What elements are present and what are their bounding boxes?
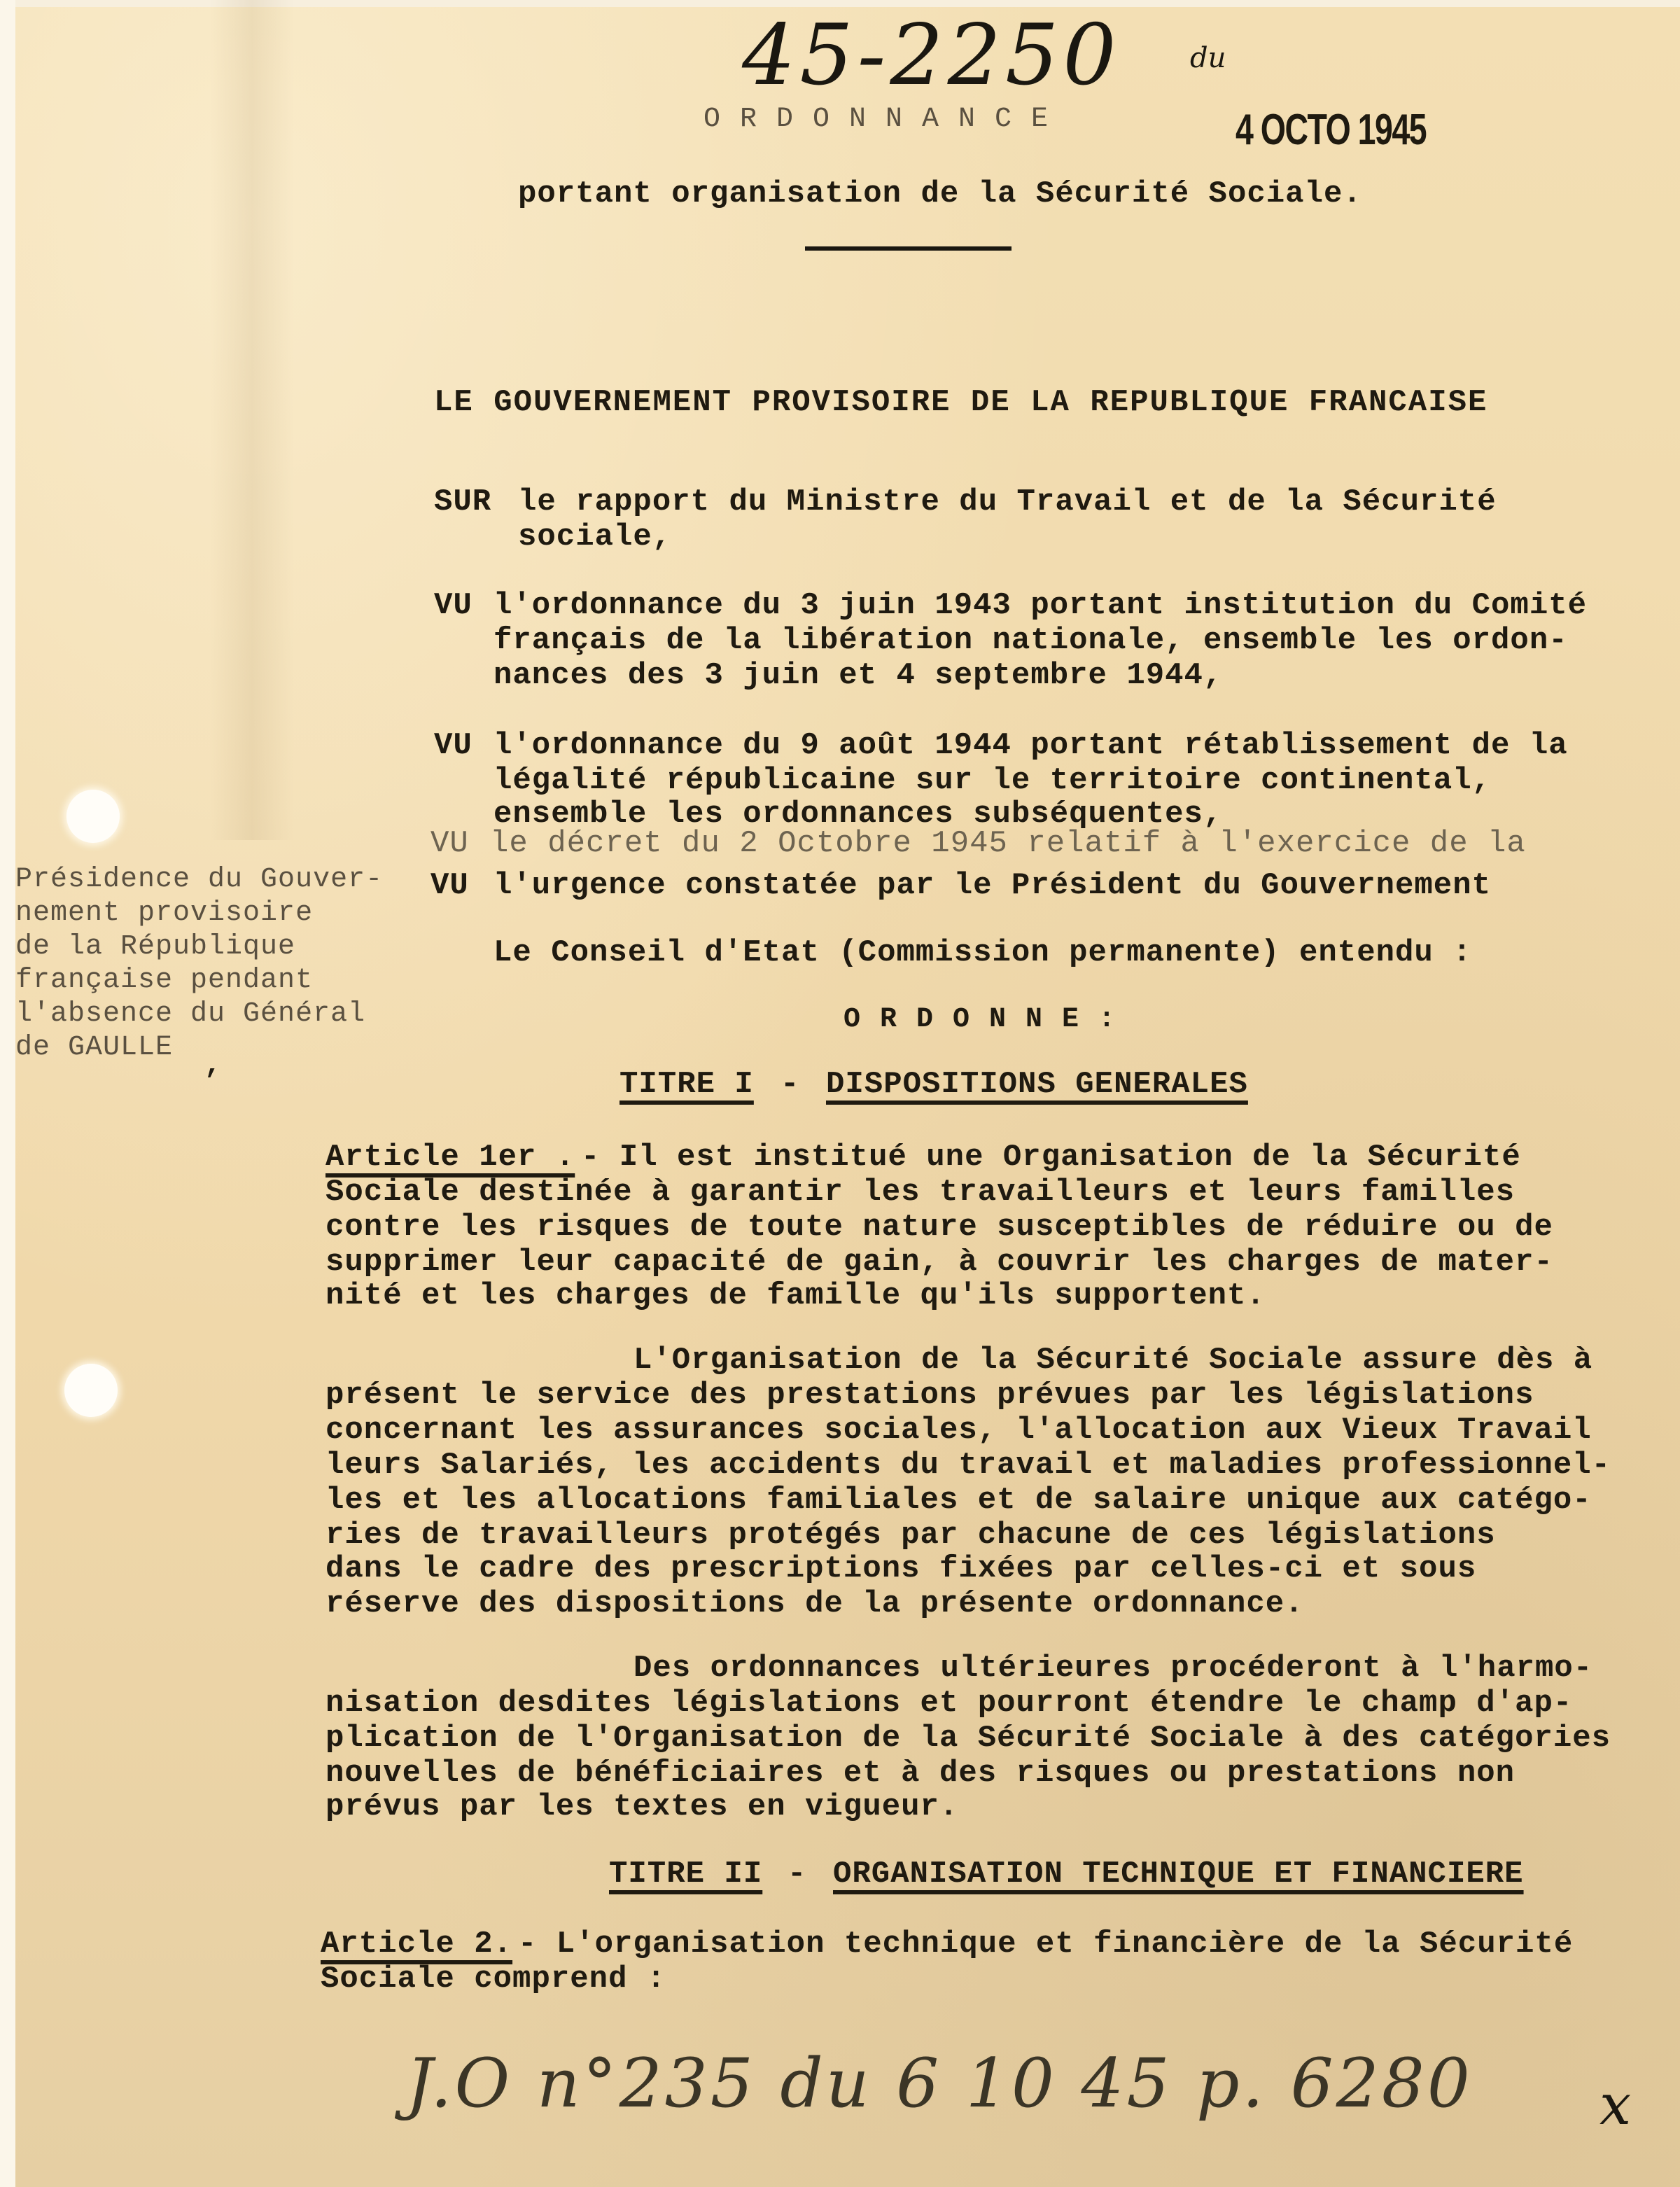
article-line: - Il est institué une Organisation de la… [581, 1140, 1521, 1175]
article-line: leurs Salariés, les accidents du travail… [325, 1448, 1611, 1483]
clause-line: le décret du 2 Octobre 1945 relatif à l'… [490, 826, 1526, 861]
clause-line: nances des 3 juin et 4 septembre 1944, [493, 658, 1222, 693]
article-line: prévus par les textes en vigueur. [325, 1789, 958, 1824]
article-label: Article 1er . [325, 1140, 575, 1175]
article-line: Sociale comprend : [321, 1962, 666, 1997]
titre-heading-text: DISPOSITIONS GENERALES [826, 1067, 1248, 1102]
header-divider [805, 246, 1011, 251]
date-stamp: 4 OCTO 1945 [1235, 105, 1426, 155]
article-line: Des ordonnances ultérieures procéderont … [633, 1651, 1592, 1686]
article-line: contre les risques de toute nature susce… [325, 1210, 1553, 1245]
clause-line: l'ordonnance du 9 août 1944 portant réta… [493, 728, 1568, 763]
punch-hole-lower [64, 1364, 118, 1417]
titre-label: TITRE I [619, 1067, 754, 1102]
article-line: ries de travailleurs protégés par chacun… [325, 1518, 1496, 1553]
clause-lead: SUR [434, 484, 491, 519]
punch-hole-upper [66, 790, 120, 843]
clause-line: le rapport du Ministre du Travail et de … [518, 484, 1497, 519]
titre-label: TITRE II [609, 1857, 762, 1892]
clause-line: français de la libération nationale, ens… [493, 623, 1568, 658]
clause-line: l'urgence constatée par le Président du … [493, 868, 1491, 903]
article-line: nisation desdites législations et pourro… [325, 1686, 1572, 1721]
margin-note-line: de la République [15, 931, 295, 963]
doc-subtitle: portant organisation de la Sécurité Soci… [518, 176, 1362, 211]
council-line: Le Conseil d'Etat (Commission permanente… [493, 935, 1472, 970]
article-line: plication de l'Organisation de la Sécuri… [325, 1721, 1611, 1756]
article-line: les et les allocations familiales et de … [325, 1483, 1592, 1518]
margin-note-line: Présidence du Gouver- [15, 864, 383, 895]
handwritten-number: 45-2250 [742, 7, 1121, 104]
article-line: supprimer leur capacité de gain, à couvr… [325, 1245, 1553, 1280]
handwritten-journal-reference: J.O n°235 du 6 10 45 p. 6280 [406, 2044, 1473, 2123]
titre-heading-text: ORGANISATION TECHNIQUE ET FINANCIERE [833, 1857, 1524, 1892]
handwritten-x-mark: x [1599, 2072, 1631, 2137]
authority-line: LE GOUVERNEMENT PROVISOIRE DE LA REPUBLI… [434, 385, 1487, 420]
article-line: nouvelles de bénéficiaires et à des risq… [325, 1756, 1515, 1791]
article-line: nité et les charges de famille qu'ils su… [325, 1278, 1266, 1313]
titre-separator: - [787, 1857, 806, 1892]
clause-lead: VU [430, 826, 469, 861]
ordonne-heading: ORDONNE: [843, 1004, 1135, 1035]
article-line: concernant les assurances sociales, l'al… [325, 1413, 1592, 1448]
clause-line: sociale, [518, 519, 671, 554]
paper-fold-stain [210, 0, 294, 840]
titre-separator: - [780, 1067, 799, 1102]
article-line: dans le cadre des prescriptions fixées p… [325, 1551, 1476, 1586]
article-line: présent le service des prestations prévu… [325, 1378, 1534, 1413]
paper-left-edge [0, 0, 15, 2187]
margin-note-line: nement provisoire [15, 897, 313, 929]
article-line: Sociale destinée à garantir les travaill… [325, 1175, 1515, 1210]
doc-type-heading: ORDONNANCE [703, 104, 1067, 135]
margin-note-comma: , [204, 1050, 222, 1082]
clause-line: légalité républicaine sur le territoire … [493, 763, 1491, 798]
article-line: - L'organisation technique et financière… [518, 1927, 1573, 1962]
article-line: L'Organisation de la Sécurité Sociale as… [633, 1343, 1592, 1378]
article-line: réserve des dispositions de la présente … [325, 1586, 1304, 1621]
clause-lead: VU [434, 588, 472, 623]
article-label: Article 2. [321, 1927, 512, 1962]
margin-note-line: de GAULLE [15, 1032, 173, 1063]
clause-line: l'ordonnance du 3 juin 1943 portant inst… [493, 588, 1587, 623]
margin-note-line: l'absence du Général [15, 998, 365, 1030]
clause-lead: VU [430, 868, 469, 903]
handwritten-du: du [1190, 42, 1226, 74]
clause-lead: VU [434, 728, 472, 763]
margin-note-line: française pendant [15, 965, 313, 996]
